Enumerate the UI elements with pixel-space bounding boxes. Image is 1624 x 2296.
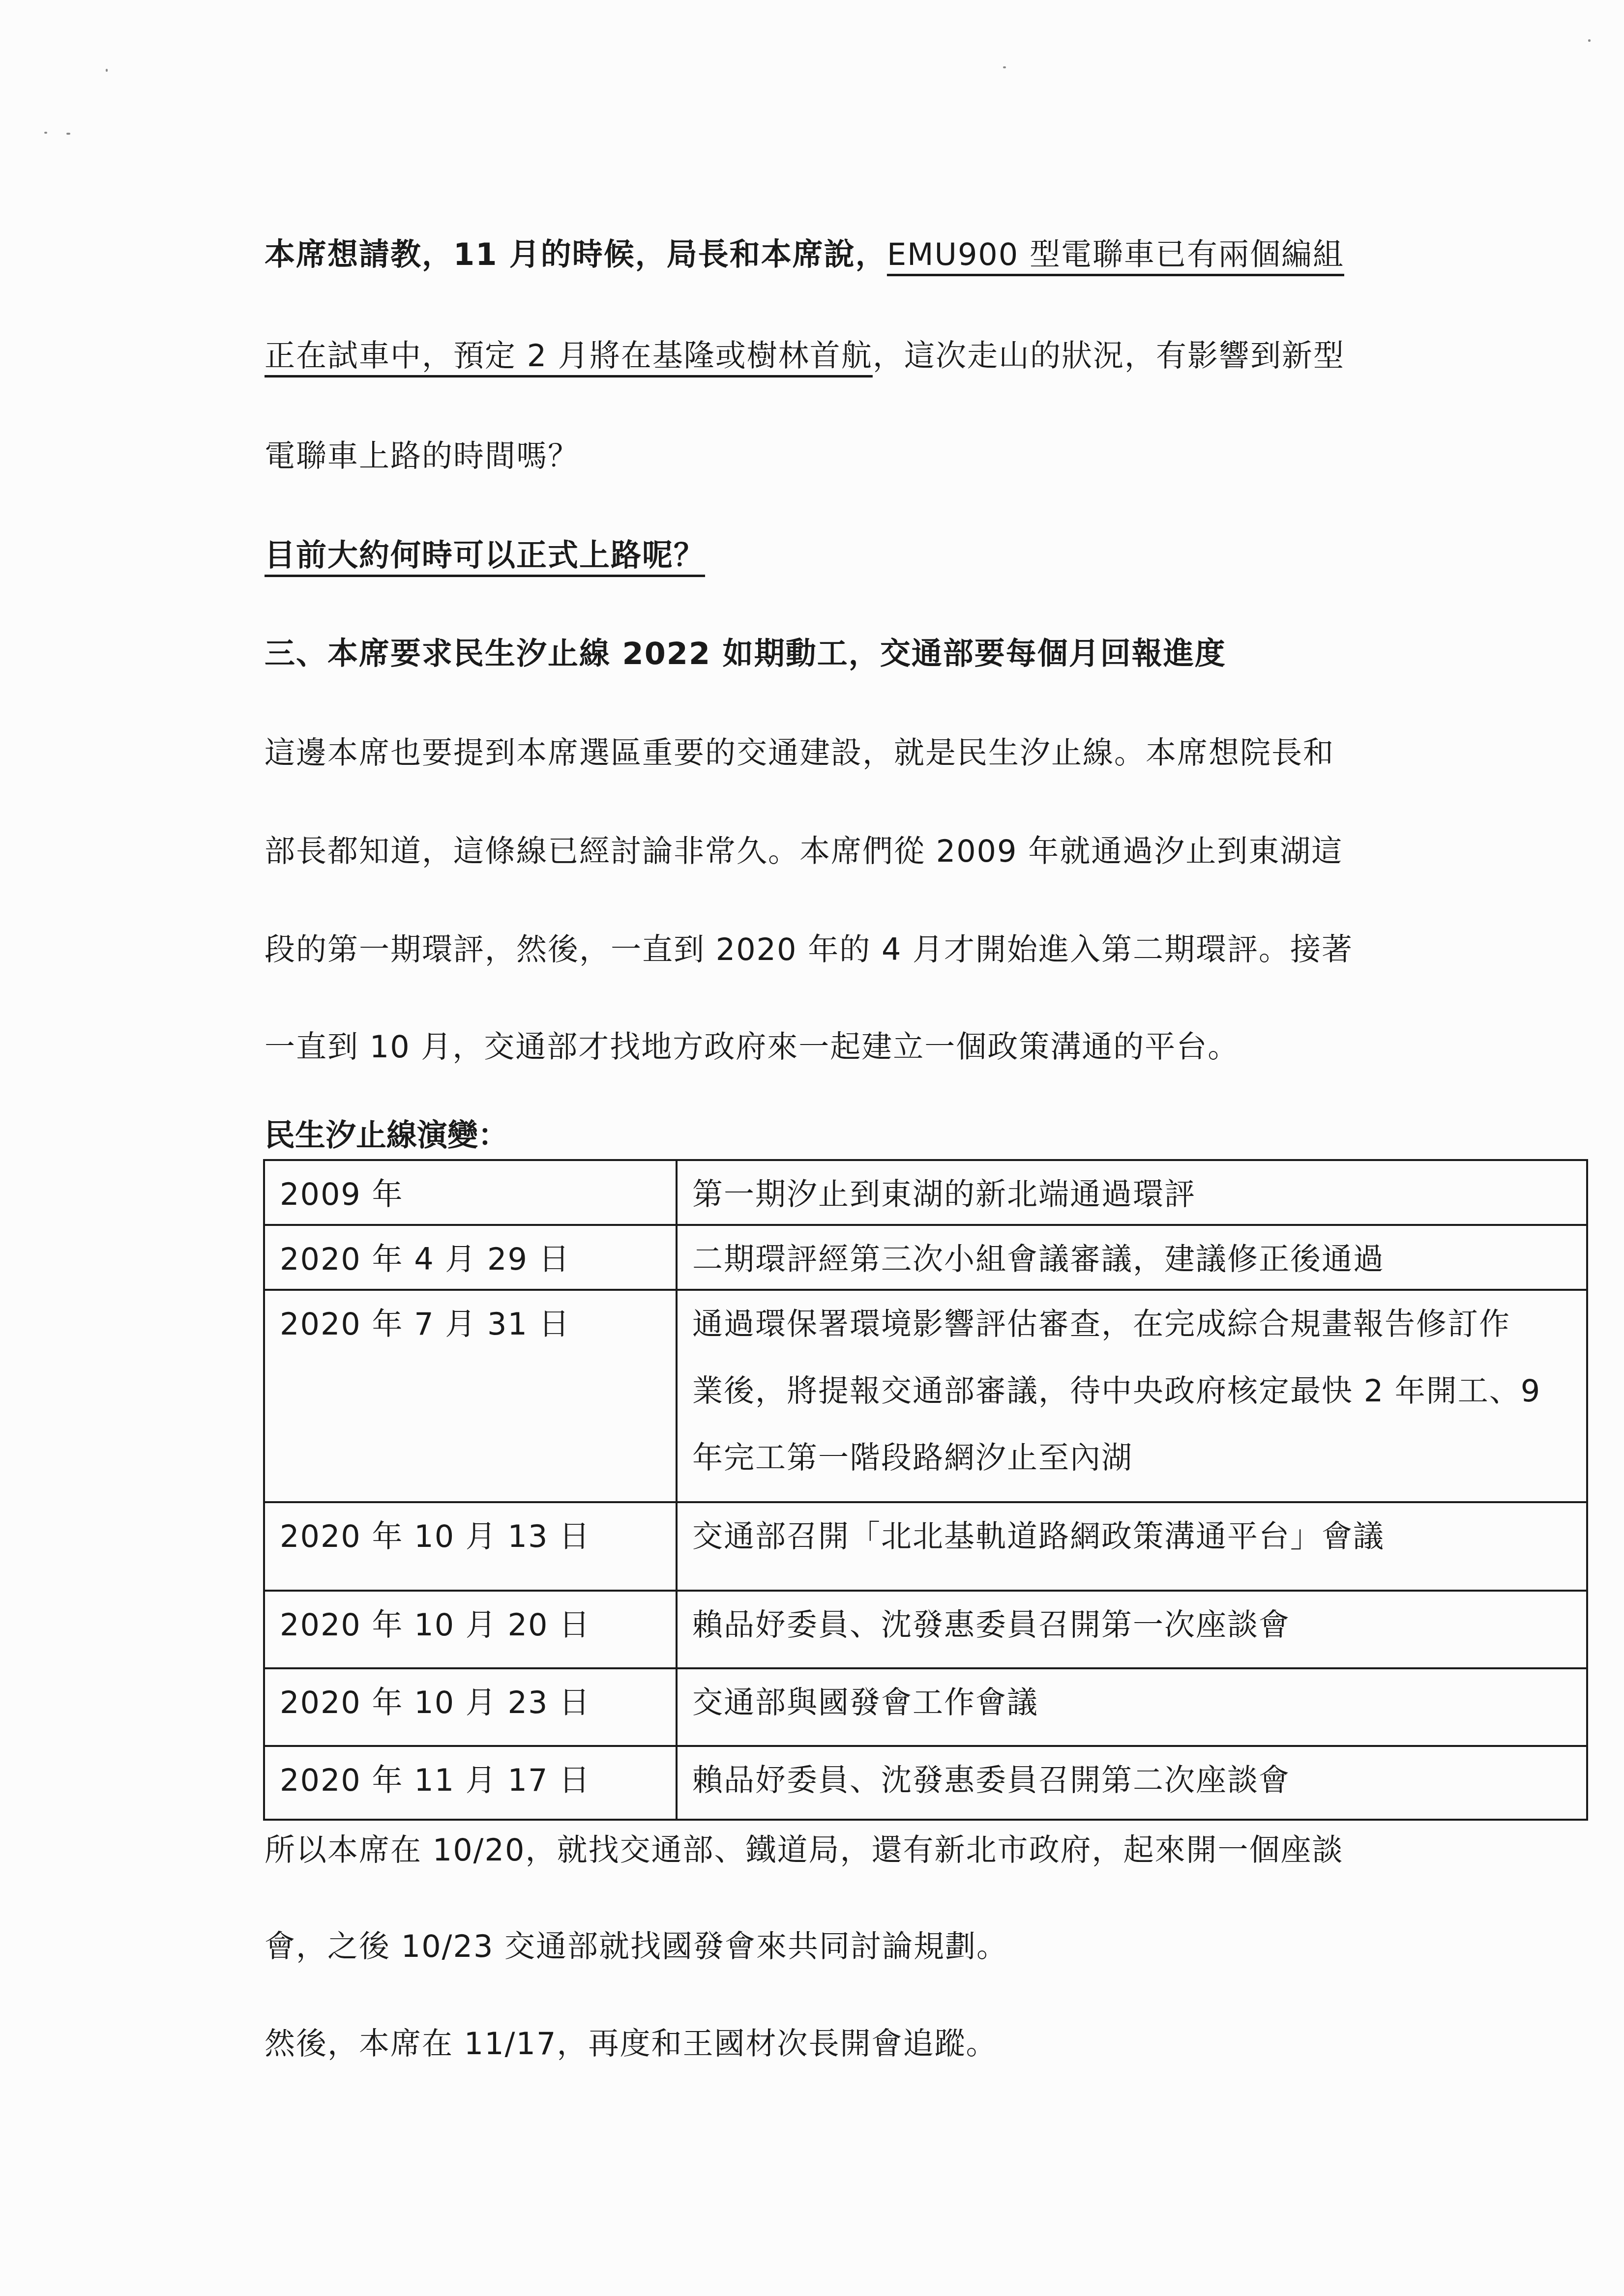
desc-line: 年完工第一階段路網汐止至內湖 (692, 1424, 1571, 1491)
desc-line: 交通部與國發會工作會議 (692, 1683, 1571, 1722)
table-row: 2020 年 7 月 31 日 通過環保署環境影響評估審查，在完成綜合規畫報告修… (264, 1290, 1587, 1502)
paragraph2-line: 部長都知道，這條線已經討論非常久。本席們從 2009 年就通過汐止到東湖這 (265, 832, 1343, 871)
table-cell-date: 2020 年 4 月 29 日 (264, 1225, 677, 1290)
desc-line: 二期環評經第三次小組會議審議，建議修正後通過 (692, 1240, 1571, 1279)
paragraph1-line2-underlined: 正在試車中，預定 2 月將在基隆或樹林首航 (265, 338, 873, 374)
desc-line: 賴品妤委員、沈發惠委員召開第二次座談會 (692, 1761, 1571, 1800)
desc-line: 業後，將提報交通部審議，待中央政府核定最快 2 年開工、9 (692, 1358, 1571, 1424)
table-cell-desc: 交通部召開「北北基軌道路網政策溝通平台」會議 (677, 1502, 1587, 1591)
scan-speck (66, 133, 70, 135)
table-row: 2020 年 11 月 17 日 賴品妤委員、沈發惠委員召開第二次座談會 (264, 1746, 1587, 1820)
paragraph2-line: 一直到 10 月，交通部才找地方政府來一起建立一個政策溝通的平台。 (265, 1027, 1239, 1067)
paragraph2-line: 段的第一期環評，然後，一直到 2020 年的 4 月才開始進入第二期環評。接著 (265, 930, 1353, 969)
table-title: 民生汐止線演變： (265, 1116, 508, 1155)
table-cell-desc: 賴品妤委員、沈發惠委員召開第一次座談會 (677, 1591, 1587, 1668)
question-underlined: 目前大約何時可以正式上路呢？ (265, 536, 705, 575)
paragraph3-line: 會，之後 10/23 交通部就找國發會來共同討論規劃。 (265, 1927, 1008, 1966)
paragraph1-line2: 正在試車中，預定 2 月將在基隆或樹林首航，這次走山的狀況，有影響到新型 (265, 336, 1345, 376)
table-row: 2020 年 10 月 13 日 交通部召開「北北基軌道路網政策溝通平台」會議 (264, 1502, 1587, 1591)
table-cell-desc: 第一期汐止到東湖的新北端通過環評 (677, 1160, 1587, 1225)
paragraph1-line3: 電聯車上路的時間嗎？ (265, 436, 579, 476)
table-cell-desc: 賴品妤委員、沈發惠委員召開第二次座談會 (677, 1746, 1587, 1820)
timeline-table: 2009 年 第一期汐止到東湖的新北端通過環評 2020 年 4 月 29 日 … (263, 1159, 1588, 1821)
scan-speck (44, 132, 47, 134)
table-cell-desc: 交通部與國發會工作會議 (677, 1668, 1587, 1746)
table-cell-desc: 通過環保署環境影響評估審查，在完成綜合規畫報告修訂作 業後，將提報交通部審議，待… (677, 1290, 1587, 1502)
document-page: 本席想請教，11 月的時候，局長和本席說，EMU900 型電聯車已有兩個編組 正… (0, 0, 1624, 2296)
paragraph1-line1-plain: 本席想請教，11 月的時候，局長和本席說， (265, 236, 887, 272)
table-cell-date: 2020 年 7 月 31 日 (264, 1290, 677, 1502)
desc-line: 第一期汐止到東湖的新北端通過環評 (692, 1175, 1571, 1214)
table-cell-date: 2009 年 (264, 1160, 677, 1225)
desc-line: 交通部召開「北北基軌道路網政策溝通平台」會議 (692, 1517, 1571, 1556)
desc-line: 賴品妤委員、沈發惠委員召開第一次座談會 (692, 1605, 1571, 1645)
scan-speck (106, 69, 108, 72)
section3-heading: 三、本席要求民生汐止線 2022 如期動工，交通部要每個月回報進度 (265, 634, 1226, 673)
scan-speck (1003, 66, 1006, 68)
scan-speck (1588, 39, 1591, 42)
paragraph1-line2-plain: ，這次走山的狀況，有影響到新型 (873, 338, 1345, 374)
table-row: 2009 年 第一期汐止到東湖的新北端通過環評 (264, 1160, 1587, 1225)
paragraph1-line1-underlined: EMU900 型電聯車已有兩個編組 (887, 236, 1344, 272)
paragraph2-line: 這邊本席也要提到本席選區重要的交通建設，就是民生汐止線。本席想院長和 (265, 733, 1334, 773)
table-cell-date: 2020 年 10 月 20 日 (264, 1591, 677, 1668)
table-cell-desc: 二期環評經第三次小組會議審議，建議修正後通過 (677, 1225, 1587, 1290)
table-row: 2020 年 4 月 29 日 二期環評經第三次小組會議審議，建議修正後通過 (264, 1225, 1587, 1290)
table-cell-date: 2020 年 11 月 17 日 (264, 1746, 677, 1820)
paragraph3-line: 所以本席在 10/20，就找交通部、鐵道局，還有新北市政府，起來開一個座談 (265, 1831, 1343, 1870)
table-cell-date: 2020 年 10 月 13 日 (264, 1502, 677, 1591)
table-row: 2020 年 10 月 23 日 交通部與國發會工作會議 (264, 1668, 1587, 1746)
paragraph4-line: 然後，本席在 11/17，再度和王國材次長開會追蹤。 (265, 2024, 997, 2063)
desc-line: 通過環保署環境影響評估審查，在完成綜合規畫報告修訂作 (692, 1291, 1571, 1358)
paragraph1-line1: 本席想請教，11 月的時候，局長和本席說，EMU900 型電聯車已有兩個編組 (265, 235, 1344, 274)
table-cell-date: 2020 年 10 月 23 日 (264, 1668, 677, 1746)
table-row: 2020 年 10 月 20 日 賴品妤委員、沈發惠委員召開第一次座談會 (264, 1591, 1587, 1668)
